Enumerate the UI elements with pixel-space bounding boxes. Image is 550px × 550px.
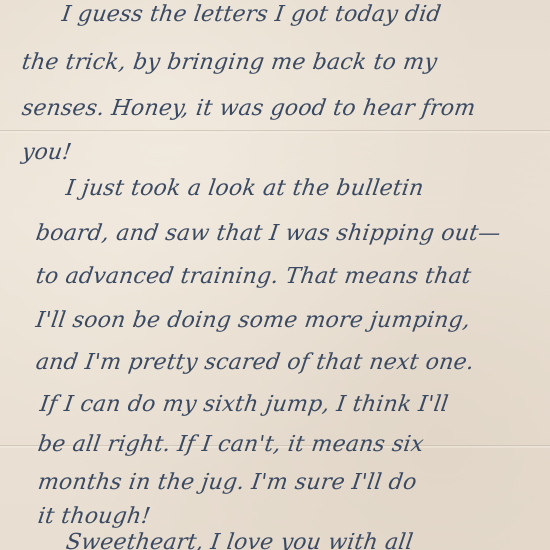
letter-line: senses. Honey, it was good to hear from [20, 96, 477, 121]
letter-line: I guess the letters I got today did [60, 2, 442, 27]
letter-line: and I'm pretty scared of that next one. [34, 350, 476, 375]
letter-line: months in the jug. I'm sure I'll do [36, 470, 418, 495]
letter-line: I just took a look at the bulletin [64, 176, 425, 201]
letter-line: If I can do my sixth jump, I think I'll [38, 392, 450, 417]
letter-line: it though! [36, 504, 152, 529]
letter-line: the trick, by bringing me back to my [20, 50, 439, 75]
letter-line: board, and saw that I was shipping out— [34, 221, 502, 246]
letter-line: to advanced training. That means that [34, 264, 472, 289]
letter-line: be all right. If I can't, it means six [36, 432, 425, 457]
paper-fold-line [0, 130, 550, 133]
letter-line: Sweetheart, I love you with all [64, 530, 414, 550]
letter-line: I'll soon be doing some more jumping, [34, 308, 472, 333]
letter-line: you! [20, 140, 73, 165]
